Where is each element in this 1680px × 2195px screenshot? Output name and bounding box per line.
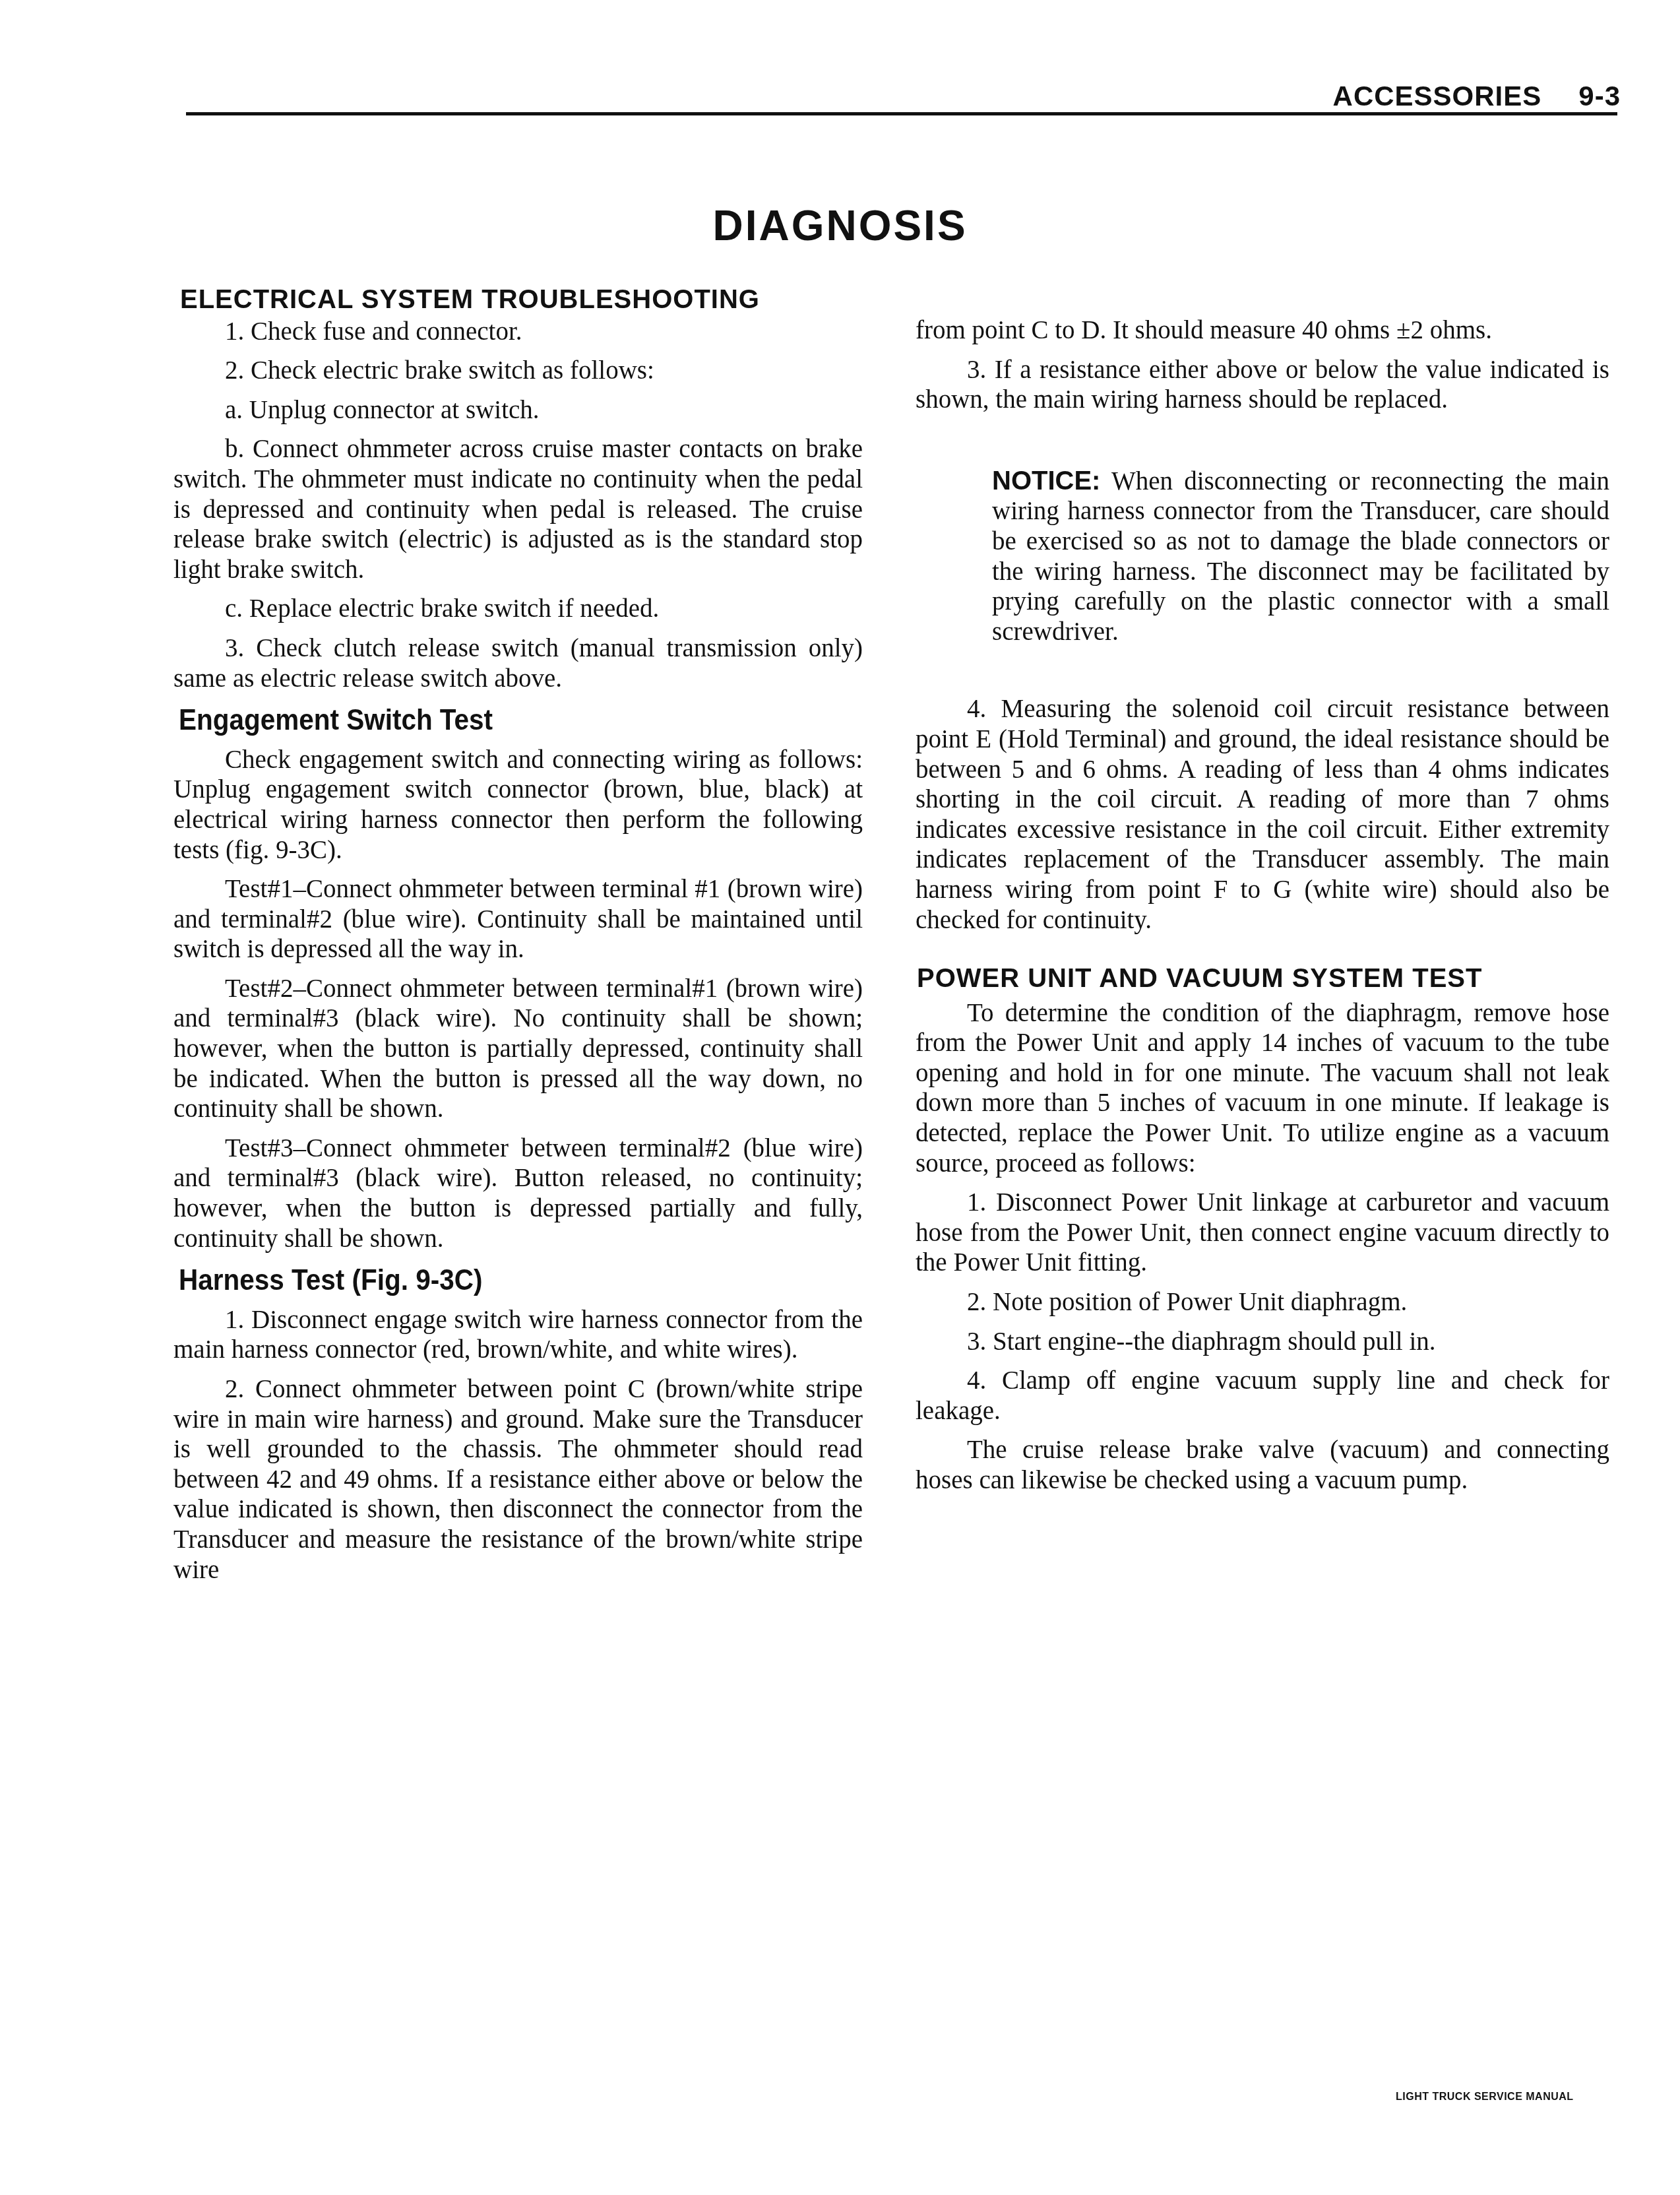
notice-box: NOTICE: When disconnecting or reconnecti… [992,466,1609,647]
paragraph: Test#3–Connect ohmmeter between terminal… [173,1133,863,1254]
right-column: from point C to D. It should measure 40 … [916,315,1609,1505]
step: 1. Disconnect Power Unit linkage at carb… [916,1188,1609,1278]
step: c. Replace electric brake switch if need… [173,594,863,624]
paragraph: Check engagement switch and connecting w… [173,745,863,865]
step: 3. Start engine--the diaphragm should pu… [916,1327,1609,1357]
paragraph: Test#1–Connect ohmmeter between terminal… [173,874,863,965]
header-rule [186,112,1617,115]
step: 3. Check clutch release switch (manual t… [173,633,863,693]
paragraph-continued: from point C to D. It should measure 40 … [916,315,1609,346]
step: 2. Note position of Power Unit diaphragm… [916,1287,1609,1318]
paragraph: To determine the condition of the diaphr… [916,998,1609,1179]
step: 1. Check fuse and connector. [173,317,863,347]
heading-electrical-troubleshooting: ELECTRICAL SYSTEM TROUBLESHOOTING [180,285,863,315]
step: 4. Measuring the solenoid coil circuit r… [916,694,1609,935]
notice-label: NOTICE: [992,466,1100,495]
paragraph: 2. Connect ohmmeter between point C (bro… [173,1374,863,1585]
heading-engagement-switch-test: Engagement Switch Test [179,705,808,736]
heading-power-unit-vacuum-test: POWER UNIT AND VACUUM SYSTEM TEST [917,964,1609,994]
paragraph: 1. Disconnect engage switch wire harness… [173,1305,863,1365]
paragraph: The cruise release brake valve (vacuum) … [916,1435,1609,1495]
running-head: ACCESSORIES9-3 [1333,80,1621,112]
step: a. Unplug connector at switch. [173,395,863,426]
section-name: ACCESSORIES [1333,80,1542,111]
step: b. Connect ohmmeter across cruise master… [173,434,863,585]
left-column: ELECTRICAL SYSTEM TROUBLESHOOTING 1. Che… [173,285,863,1594]
heading-harness-test: Harness Test (Fig. 9-3C) [179,1265,808,1296]
step: 3. If a resistance either above or below… [916,355,1609,415]
step: 4. Clamp off engine vacuum supply line a… [916,1366,1609,1426]
footer-manual-title: LIGHT TRUCK SERVICE MANUAL [1396,2091,1574,2103]
page-title: DIAGNOSIS [0,201,1680,250]
page-number: 9-3 [1578,80,1621,111]
paragraph: Test#2–Connect ohmmeter between terminal… [173,974,863,1124]
step: 2. Check electric brake switch as follow… [173,356,863,386]
